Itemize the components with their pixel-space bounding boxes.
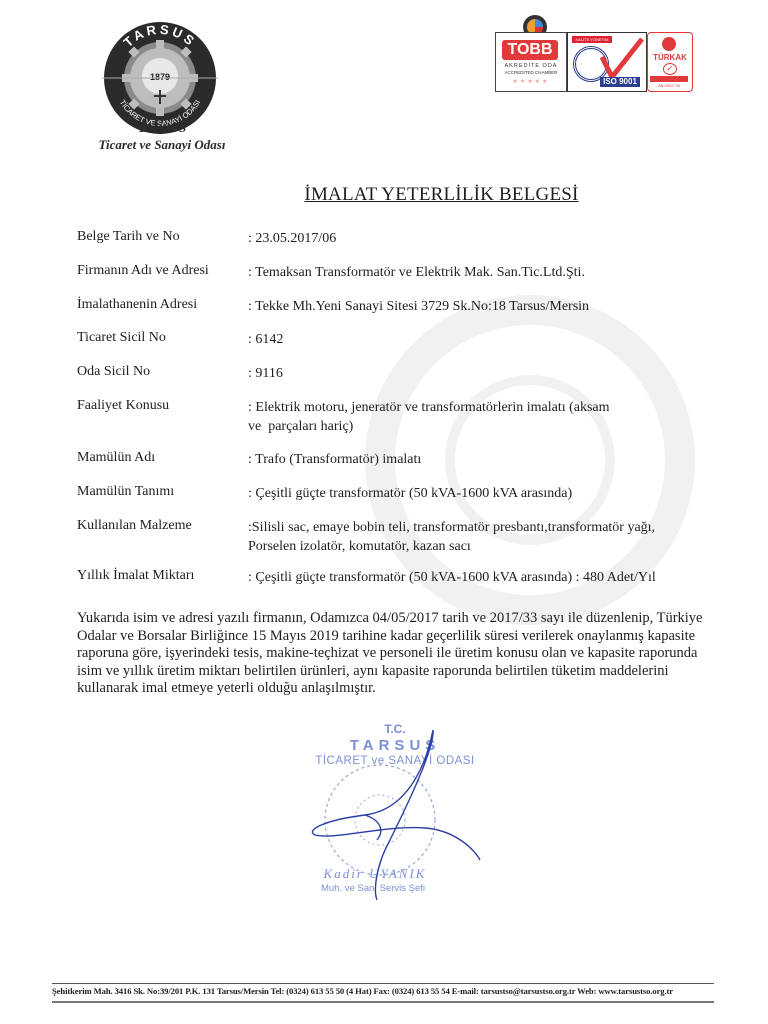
field-label-chamber-registry: Oda Sicil No <box>77 364 150 380</box>
field-label-activity: Faaliyet Konusu <box>77 398 169 414</box>
field-label-product-name: Mamülün Adı <box>77 450 155 466</box>
field-label-materials: Kullanılan Malzeme <box>77 518 192 534</box>
tobb-accredited-badge: TOBB AKREDİTE ODA ACCREDITED CHAMBER ★★★… <box>495 32 567 92</box>
field-value-date-no: : 23.05.2017/06 <box>248 229 698 248</box>
footer-divider-top <box>52 983 714 984</box>
field-value-workshop-address: : Tekke Mh.Yeni Sanayi Sitesi 3729 Sk.No… <box>248 297 698 316</box>
org-name-short: TARSUS <box>62 120 262 136</box>
field-value-materials: :Silisli sac, emaye bobin teli, transfor… <box>248 518 693 556</box>
field-label-product-description: Mamülün Tanımı <box>77 484 174 500</box>
field-label-workshop-address: İmalathanenin Adresi <box>77 297 197 313</box>
document-title: İMALAT YETERLİLİK BELGESİ <box>0 184 768 206</box>
field-label-annual-output: Yıllık İmalat Miktarı <box>77 568 194 584</box>
iso-9001-badge: KALİTE YÖNETİM SİSTEMİ ISO 9001 <box>567 32 647 92</box>
turkak-label: TÜRKAK <box>648 53 692 62</box>
crescent-star-icon <box>662 37 676 51</box>
tobb-sub2: ACCREDITED CHAMBER <box>496 70 566 75</box>
field-value-activity: : Elektrik motoru, jeneratör ve transfor… <box>248 398 673 436</box>
check-circle-icon: ✓ <box>663 63 677 75</box>
tobb-label: TOBB <box>502 40 558 60</box>
tobb-sub1: AKREDİTE ODA <box>496 63 566 69</box>
field-value-trade-registry: : 6142 <box>248 330 698 349</box>
turkak-code: AB-0002-TB <box>650 83 688 88</box>
field-value-firm: : Temaksan Transformatör ve Elektrik Mak… <box>248 263 698 282</box>
field-value-annual-output: : Çeşitli güçte transformatör (50 kVA-16… <box>248 568 708 587</box>
certificate-statement: Yukarıda isim ve adresi yazılı firmanın,… <box>77 610 707 698</box>
field-value-product-name: : Trafo (Transformatör) imalatı <box>248 450 698 469</box>
turkak-bar <box>650 76 688 82</box>
field-label-trade-registry: Ticaret Sicil No <box>77 330 166 346</box>
turkak-badge: TÜRKAK ✓ AB-0002-TB <box>647 32 693 92</box>
field-value-chamber-registry: : 9116 <box>248 364 698 383</box>
org-name-full: Ticaret ve Sanayi Odası <box>62 137 262 153</box>
iso-label: ISO 9001 <box>600 77 640 87</box>
signature-icon <box>285 710 505 910</box>
field-label-date-no: Belge Tarih ve No <box>77 229 180 245</box>
logo-year: 1879 <box>150 72 170 82</box>
field-label-firm: Firmanın Adı ve Adresi <box>77 263 209 279</box>
footer-contact: Şehitkerim Mah. 3416 Sk. No:39/201 P.K. … <box>52 986 714 996</box>
field-value-product-description: : Çeşitli güçte transformatör (50 kVA-16… <box>248 484 698 503</box>
footer-divider-bottom <box>52 1001 714 1003</box>
tobb-stars-icon: ★★★★★ <box>496 78 566 85</box>
